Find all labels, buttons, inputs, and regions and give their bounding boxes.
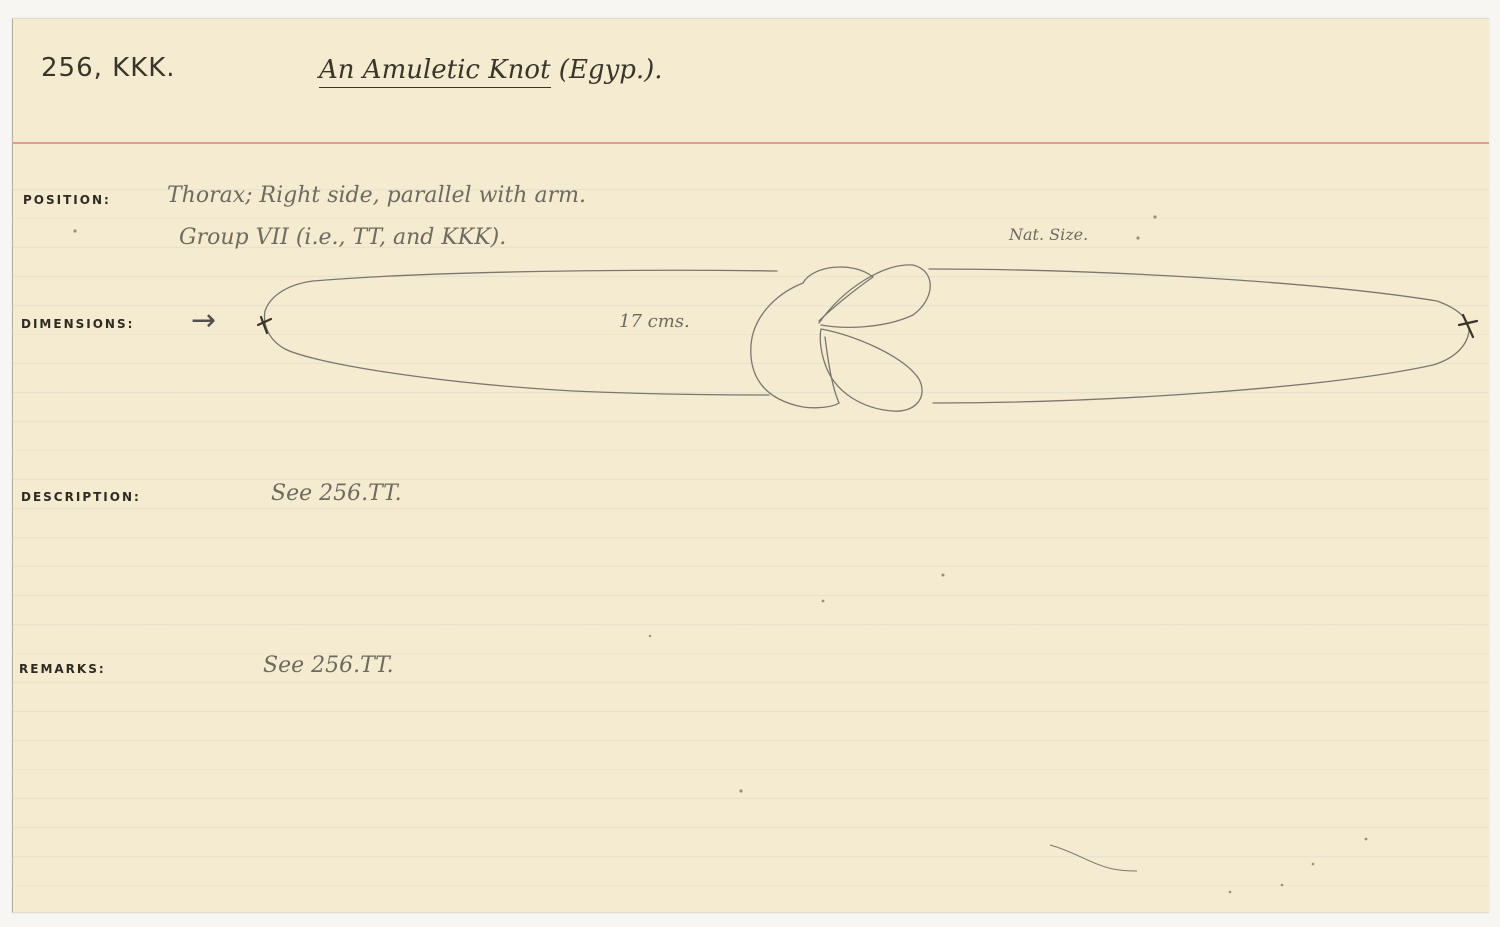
description-value: See 256.TT. — [271, 481, 402, 506]
knot-lower-lobe — [820, 329, 922, 411]
knot-upper-lobe — [819, 265, 930, 327]
dimensions-value: 17 cms. — [619, 311, 690, 332]
index-card: 256, KKK. An Amuletic Knot (Egyp.). POSI… — [12, 18, 1489, 913]
paper-specks — [73, 215, 1367, 893]
knot-sketch — [13, 19, 1489, 912]
knot-top-edge — [803, 267, 873, 321]
stray-pencil-mark — [1050, 845, 1137, 871]
description-label: DESCRIPTION: — [21, 490, 141, 504]
remarks-value: See 256.TT. — [263, 653, 394, 678]
right-cord-outline — [929, 269, 1469, 403]
left-cord-outline — [265, 270, 777, 395]
remarks-label: REMARKS: — [19, 662, 106, 676]
